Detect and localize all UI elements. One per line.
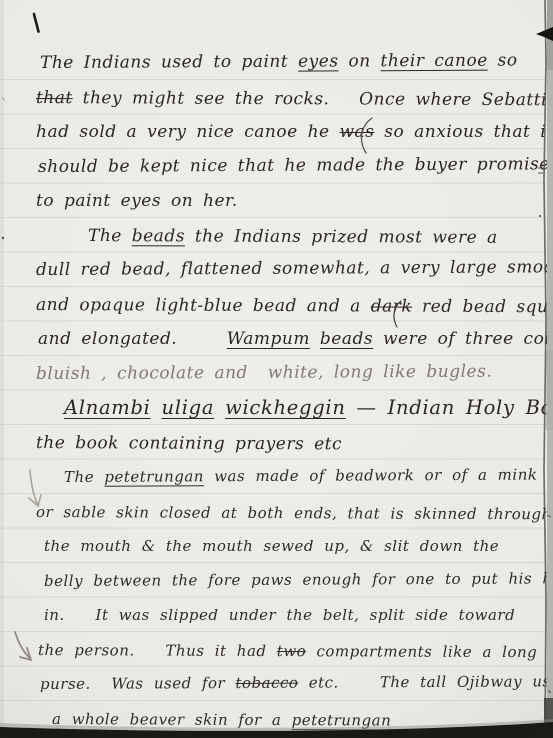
handwritten-line: dull red bead, flattened somewhat, a ver… [36, 250, 543, 287]
text-segment: and opaque light-blue bead and a [36, 295, 371, 316]
text-segment: they might see the rocks. Once where Seb… [73, 88, 553, 110]
text-segment: etc. The tall Ojibway used [298, 672, 553, 691]
text-segment: should be kept nice that he made the buy… [38, 154, 550, 177]
handwriting-layer: The Indians used to paint eyes on their … [36, 46, 543, 736]
handwritten-line: and elongated. Wampum beads were of thre… [38, 322, 543, 357]
text-segment: dark [371, 296, 413, 316]
handwritten-line: had sold a very nice canoe he was so anx… [36, 115, 543, 150]
text-segment: beads [320, 329, 373, 349]
text-segment: that [36, 88, 73, 108]
text-segment: The [88, 226, 132, 246]
text-segment [310, 329, 320, 349]
text-segment: on [338, 51, 380, 71]
text-segment: bluish , chocolate and white, long like … [36, 361, 492, 383]
text-segment: two [277, 642, 306, 660]
handwritten-line: the mouth & the mouth sewed up, & slit d… [44, 529, 543, 564]
ink-dash-icon [34, 14, 40, 33]
text-segment: Wampum [227, 329, 310, 349]
handwritten-line: a whole beaver skin for a petetrungan [52, 702, 543, 738]
text-segment: compartments like a long silk [306, 642, 553, 661]
handwritten-line: to paint eyes on her. [36, 184, 543, 219]
text-segment: wickheggin [225, 396, 346, 419]
text-segment: belly between the fore paws enough for o… [44, 569, 553, 590]
text-segment: eyes [298, 51, 339, 71]
text-segment: petetrungan [104, 467, 204, 486]
text-segment: tobacco [235, 674, 298, 692]
handwritten-line: that they might see the rocks. Once wher… [36, 81, 543, 118]
handwritten-line: the person. Thus it had two compartments… [38, 633, 543, 670]
text-segment: uliga [162, 396, 215, 419]
text-segment: and elongated. [38, 329, 227, 349]
text-segment: petetrungan [292, 711, 392, 729]
text-segment [151, 396, 162, 419]
text-segment [214, 396, 225, 419]
text-segment: The Indians used to paint [40, 52, 298, 73]
text-segment: dull red bead, flattened somewhat, a ver… [36, 257, 553, 280]
handwritten-line: purse. Was used for tobacco etc. The tal… [40, 664, 543, 701]
handwritten-line: the book containing prayers etc [36, 426, 543, 463]
text-segment: to paint eyes on her. [36, 191, 238, 211]
handwritten-line: The Indians used to paint eyes on their … [40, 43, 543, 80]
text-segment: the mouth & the mouth sewed up, & slit d… [44, 537, 499, 555]
handwritten-line: Alnambi uliga wickheggin — Indian Holy B… [64, 391, 543, 426]
handwritten-line: should be kept nice that he made the buy… [38, 147, 543, 184]
handwritten-line: The beads the Indians prized most were a [88, 219, 543, 255]
handwritten-line: bluish , chocolate and white, long like … [36, 354, 543, 391]
text-segment: was [339, 122, 374, 142]
text-segment: purse. Was used for [40, 674, 236, 693]
dark-wedge-icon [536, 27, 553, 41]
handwritten-line: The petetrungan was made of beadwork or … [64, 457, 543, 494]
text-segment: their canoe [380, 51, 487, 72]
text-segment: red bead squared [412, 296, 553, 317]
text-segment: had sold a very nice canoe he [36, 122, 339, 142]
text-segment: the book containing prayers etc [36, 433, 342, 454]
text-segment: a whole beaver skin for a [52, 710, 292, 729]
text-segment: Alnambi [64, 396, 151, 419]
text-segment: the person. Thus it had [38, 641, 277, 660]
text-segment: in. It was slipped under the belt, split… [44, 606, 515, 624]
manuscript-page: The Indians used to paint eyes on their … [0, 0, 553, 738]
text-segment: so [488, 50, 518, 70]
handwritten-line: and opaque light-blue bead and a dark re… [36, 288, 543, 325]
handwritten-line: in. It was slipped under the belt, split… [44, 598, 543, 633]
text-segment: was made of beadwork or of a mink [204, 466, 538, 486]
text-segment: so anxious that it [374, 122, 553, 142]
handwritten-line: belly between the fore paws enough for o… [44, 561, 543, 598]
text-segment: were of three colors, [373, 329, 553, 349]
text-segment: or sable skin closed at both ends, that … [36, 503, 552, 523]
text-segment: the Indians prized most were a [185, 226, 498, 247]
text-segment: — Indian Holy Book [346, 396, 553, 419]
text-segment: beads [132, 226, 185, 246]
handwritten-line: or sable skin closed at both ends, that … [36, 495, 543, 532]
page-left-edge [0, 0, 5, 738]
text-segment: The [64, 468, 104, 486]
pencil-arrow-icon [15, 632, 31, 660]
